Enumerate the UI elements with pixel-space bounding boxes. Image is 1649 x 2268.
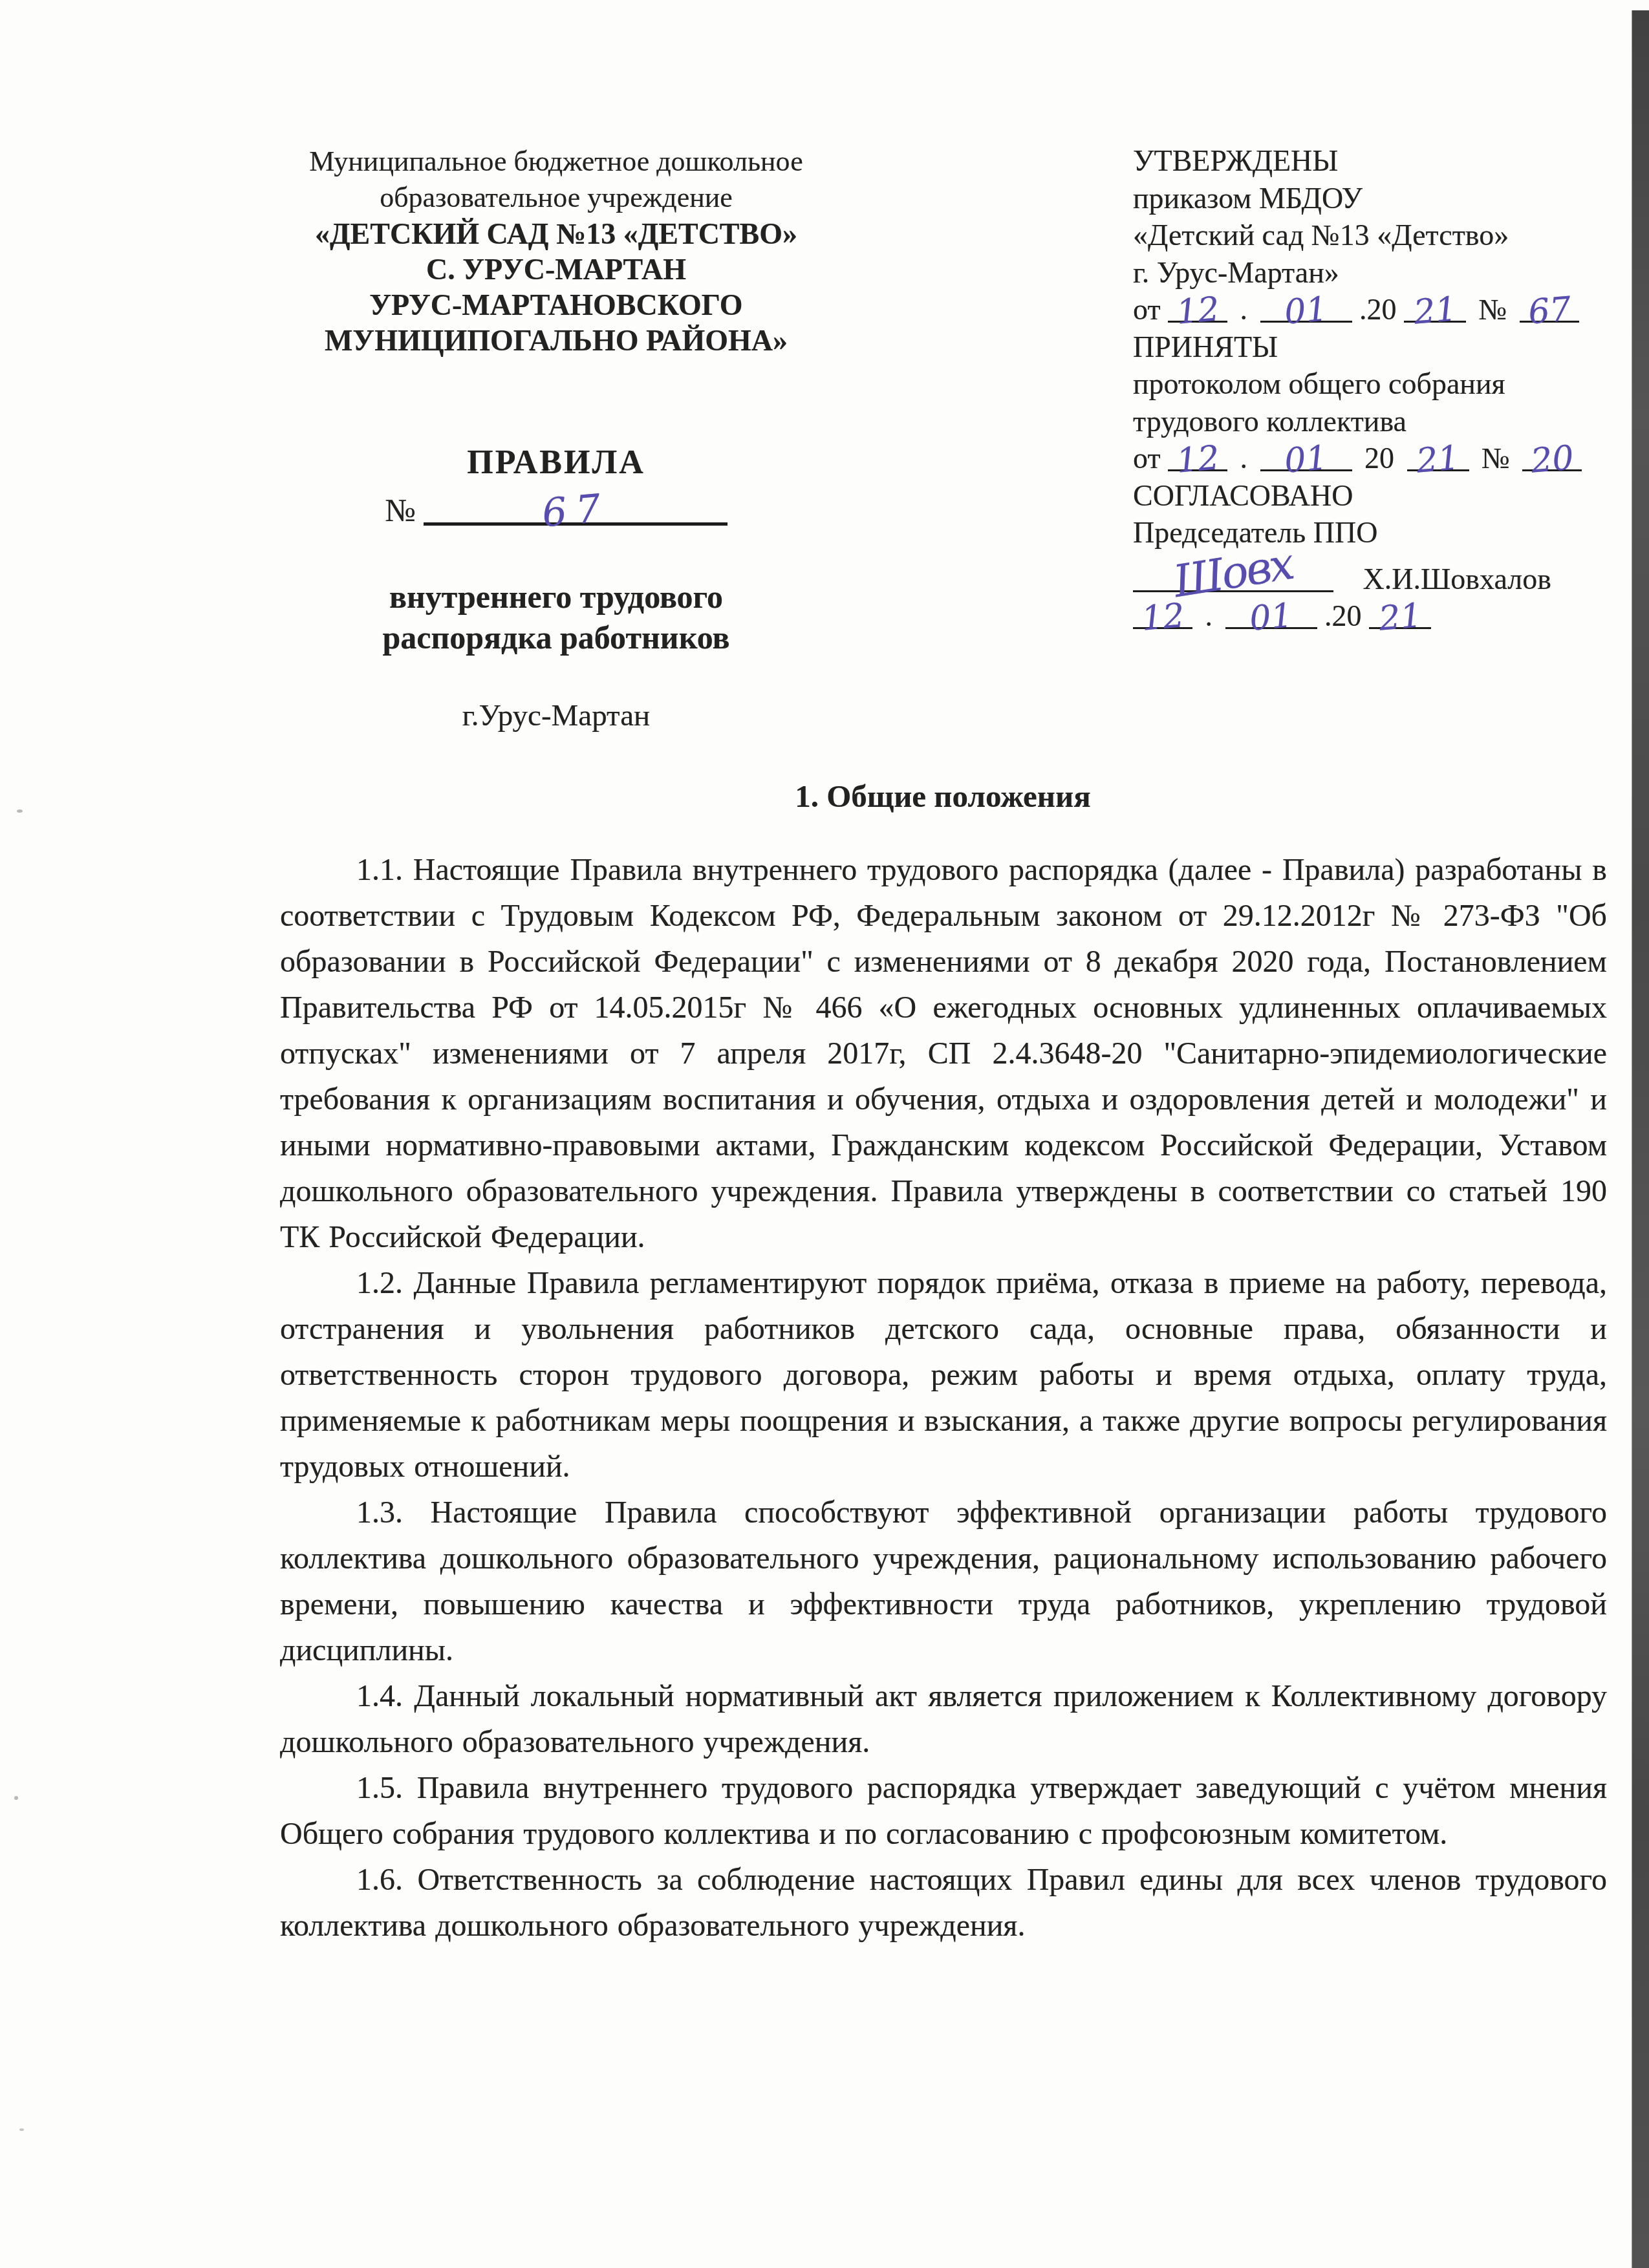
document-number-line: № 67: [270, 489, 842, 531]
order-number-handwritten: 67: [1527, 292, 1572, 330]
org-name-line-6: МУНИЦИПОГАЛЬНО РАЙОНА»: [270, 323, 842, 358]
protocol-date-year-prefix: 20: [1364, 442, 1394, 475]
agreed-role: Председатель ППО: [1133, 514, 1644, 551]
ppo-signature: Шовх: [1170, 542, 1295, 604]
title-block: ПРАВИЛА № 67 внутреннего трудового распо…: [270, 445, 842, 733]
order-date-year-blank: 21: [1404, 291, 1466, 323]
document-number-blank: 67: [424, 489, 727, 526]
paragraph-1-3: 1.3. Настоящие Правила способствуют эффе…: [280, 1490, 1607, 1673]
order-date-month-blank: 01: [1260, 291, 1352, 323]
document-page: Муниципальное бюджетное дошкольное образ…: [0, 0, 1649, 2268]
approved-label: УТВЕРЖДЕНЫ: [1133, 142, 1644, 180]
accepted-label: ПРИНЯТЫ: [1133, 328, 1644, 366]
agreed-date-year-blank: 21: [1369, 597, 1431, 629]
order-number-blank: 67: [1520, 291, 1579, 323]
order-date-day-handwritten: 12: [1175, 292, 1220, 330]
order-date-year-handwritten: 21: [1412, 292, 1458, 330]
document-number-handwritten: 67: [541, 489, 611, 533]
document-subtitle-2: распорядка работников: [270, 617, 842, 658]
agreed-date-day-handwritten: 12: [1140, 599, 1185, 636]
org-name-line-4: С. УРУС-МАРТАН: [270, 251, 842, 287]
approved-by-line-2: «Детский сад №13 «Детство»: [1133, 217, 1644, 254]
approved-by-line-3: г. Урус-Мартан»: [1133, 254, 1644, 292]
protocol-date-prefix: от: [1133, 442, 1161, 475]
order-date-sep1: .: [1240, 293, 1248, 326]
agreed-date-line: 12 . 01 .20 21: [1133, 597, 1644, 635]
order-date-line: от 12 . 01 .20 21 № 67: [1133, 291, 1644, 328]
org-name-line-2: образовательное учреждение: [270, 180, 842, 216]
agreed-date-month-handwritten: 01: [1249, 599, 1294, 636]
paragraph-1-6: 1.6. Ответственность за соблюдение насто…: [280, 1857, 1607, 1949]
protocol-date-sep1: .: [1240, 442, 1248, 475]
document-city: г.Урус-Мартан: [270, 698, 842, 733]
protocol-date-year-blank: 21: [1407, 440, 1469, 471]
org-name-line-3: «ДЕТСКИЙ САД №13 «ДЕТСТВО»: [270, 216, 842, 251]
agreed-date-year-prefix: .20: [1324, 599, 1362, 632]
protocol-date-line: от 12 . 01 20 21 № 20: [1133, 440, 1644, 477]
protocol-date-day-blank: 12: [1168, 440, 1227, 471]
org-name-block: Муниципальное бюджетное дошкольное образ…: [270, 144, 842, 358]
accepted-by-line-2: трудового коллектива: [1133, 403, 1644, 440]
order-date-day-blank: 12: [1168, 291, 1227, 323]
paragraph-1-2: 1.2. Данные Правила регламентируют поряд…: [280, 1260, 1607, 1490]
approved-by-line-1: приказом МБДОУ: [1133, 180, 1644, 217]
org-name-line-1: Муниципальное бюджетное дошкольное: [270, 144, 842, 180]
protocol-number-handwritten: 20: [1530, 441, 1575, 478]
protocol-number-label: №: [1482, 442, 1510, 475]
scan-speck: [14, 1796, 18, 1800]
agreed-date-month-blank: 01: [1225, 597, 1317, 629]
signature-line: Шовх Х.И.Шовхалов: [1133, 553, 1644, 598]
protocol-date-month-blank: 01: [1260, 440, 1352, 471]
order-date-month-handwritten: 01: [1284, 292, 1329, 330]
agreed-label: СОГЛАСОВАНО: [1133, 477, 1644, 515]
agreed-date-year-handwritten: 21: [1377, 599, 1423, 636]
accepted-by-line-1: протоколом общего собрания: [1133, 365, 1644, 403]
section-heading: 1. Общие положения: [278, 778, 1608, 815]
protocol-date-year-handwritten: 21: [1416, 441, 1461, 478]
signature-blank: Шовх: [1133, 553, 1333, 592]
agreed-name: Х.И.Шовхалов: [1363, 562, 1551, 595]
approval-block: УТВЕРЖДЕНЫ приказом МБДОУ «Детский сад №…: [1133, 142, 1644, 635]
protocol-date-day-handwritten: 12: [1175, 441, 1220, 478]
order-number-label: №: [1479, 293, 1507, 326]
protocol-date-month-handwritten: 01: [1284, 441, 1329, 478]
order-date-prefix: от: [1133, 293, 1161, 326]
scan-speck: [17, 809, 23, 813]
protocol-number-blank: 20: [1522, 440, 1582, 471]
org-name-line-5: УРУС-МАРТАНОВСКОГО: [270, 287, 842, 323]
agreed-date-sep1: .: [1205, 599, 1213, 632]
order-date-year-prefix: .20: [1359, 293, 1397, 326]
scan-speck: [19, 2128, 24, 2131]
document-body: 1.1. Настоящие Правила внутреннего трудо…: [280, 847, 1607, 1949]
document-title: ПРАВИЛА: [270, 445, 842, 481]
document-number-label: №: [385, 492, 416, 528]
paragraph-1-4: 1.4. Данный локальный нормативный акт яв…: [280, 1673, 1607, 1765]
paragraph-1-1: 1.1. Настоящие Правила внутреннего трудо…: [280, 847, 1607, 1260]
document-subtitle-1: внутреннего трудового: [270, 577, 842, 617]
paragraph-1-5: 1.5. Правила внутреннего трудового распо…: [280, 1765, 1607, 1857]
